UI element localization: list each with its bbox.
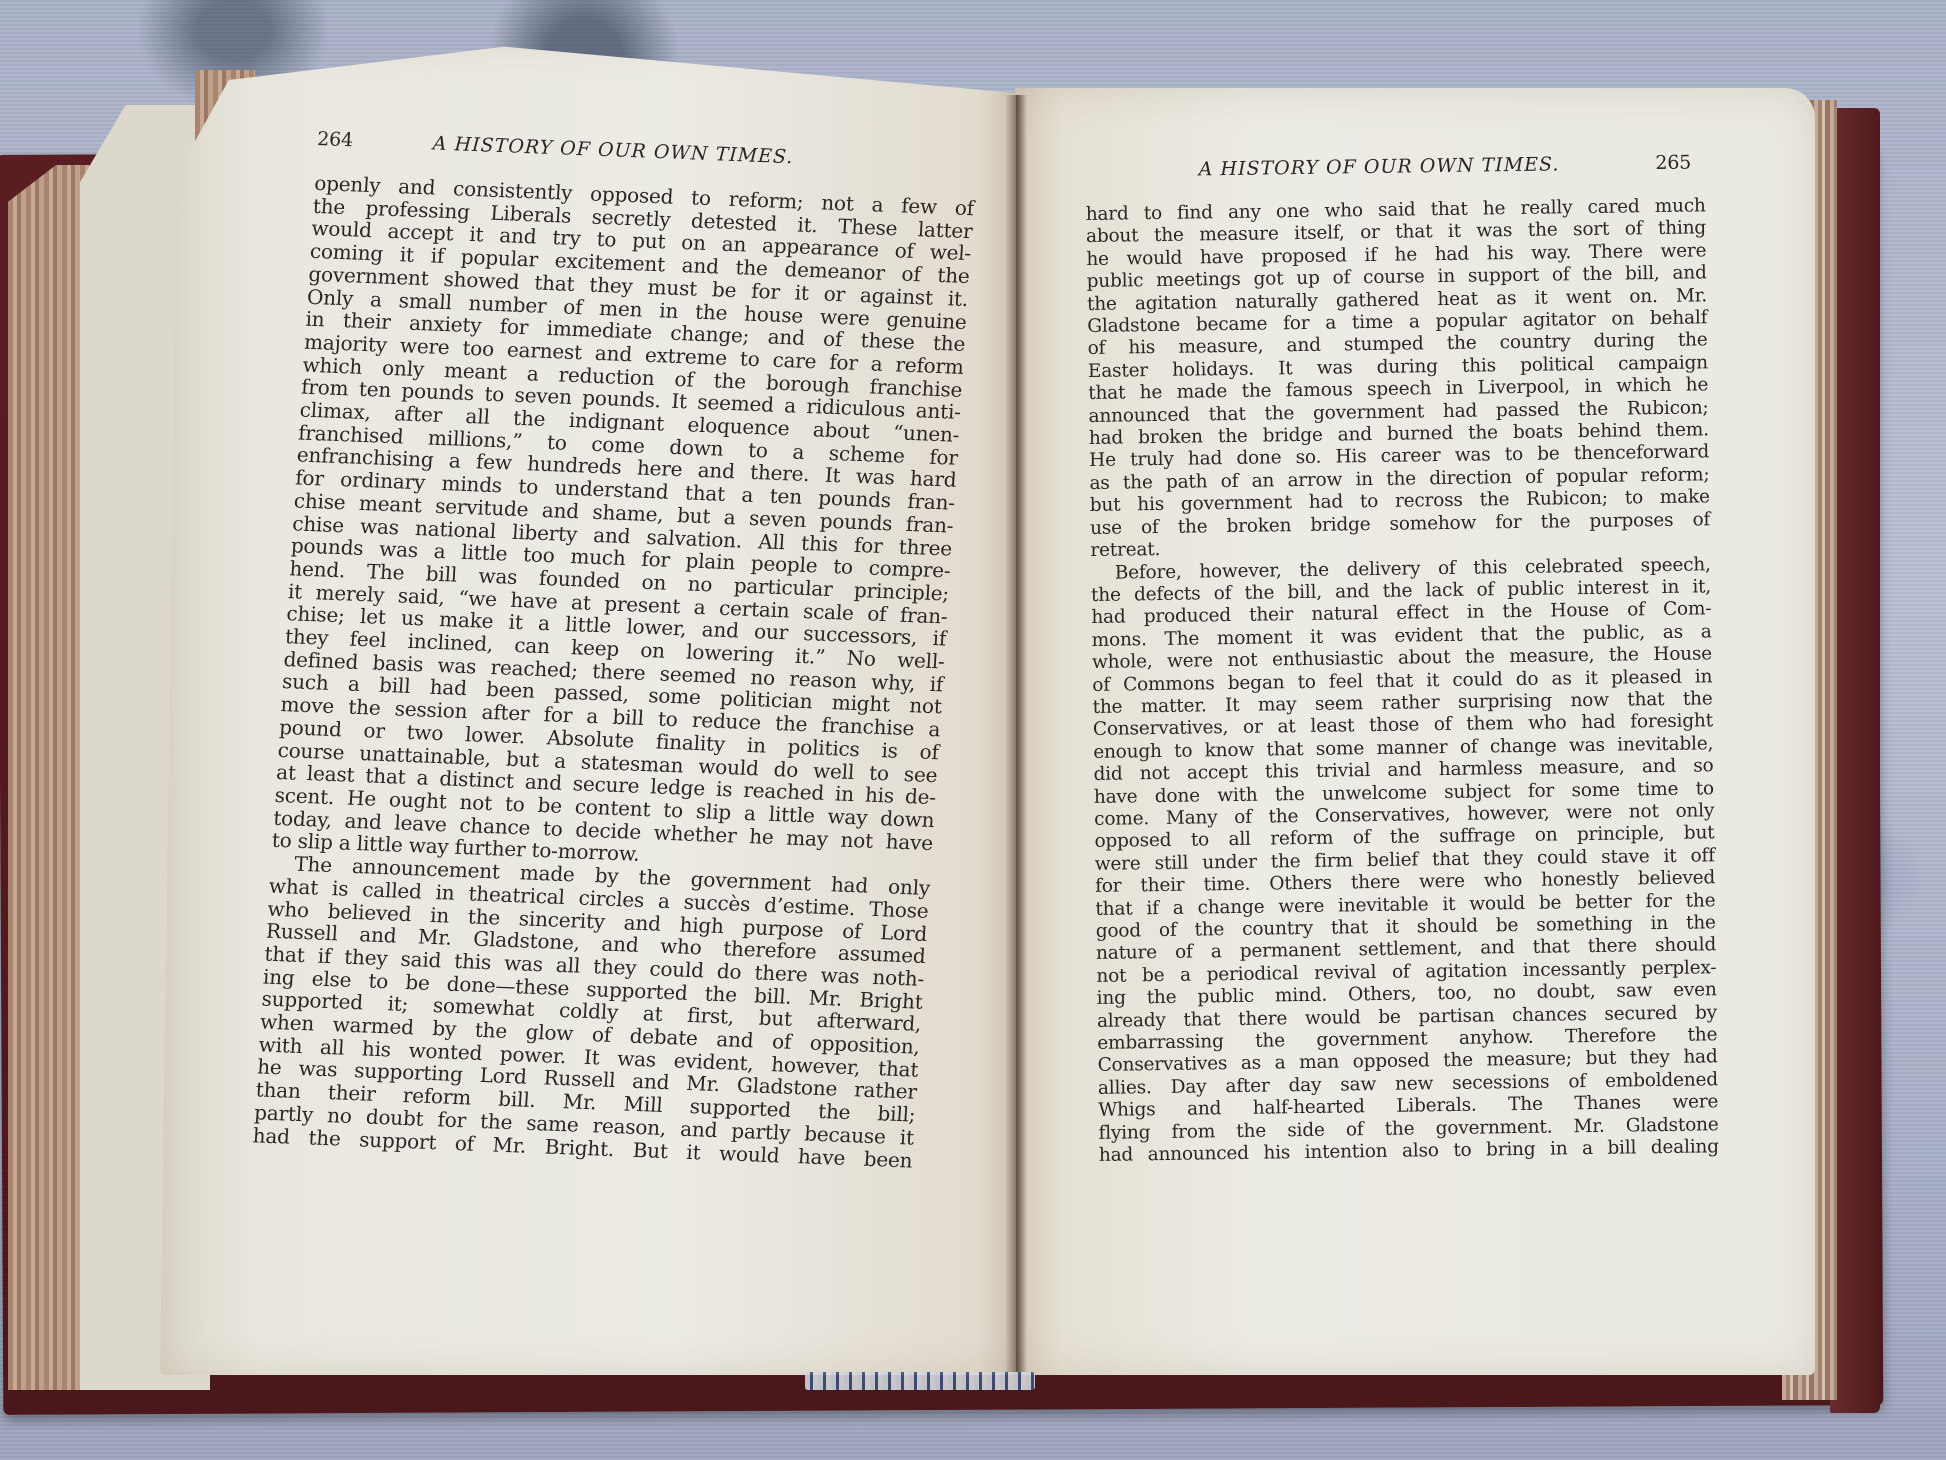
- left-page-number: 264: [317, 128, 354, 151]
- right-page-number: 265: [1655, 152, 1691, 174]
- left-page-body: openly and consistently opposed to refor…: [252, 172, 975, 1172]
- right-page-body: hard to find any one who said that he re…: [1086, 195, 1719, 1167]
- book-cover-right-edge: [1830, 108, 1880, 1413]
- book-gutter: [1005, 95, 1027, 1380]
- left-page-text: 264 A HISTORY OF OUR OWN TIMES. openly a…: [252, 128, 977, 1172]
- headband: [805, 1372, 1035, 1390]
- right-page-text: A HISTORY OF OUR OWN TIMES. 265 hard to …: [1085, 151, 1719, 1167]
- right-running-title: A HISTORY OF OUR OWN TIMES.: [1199, 153, 1560, 180]
